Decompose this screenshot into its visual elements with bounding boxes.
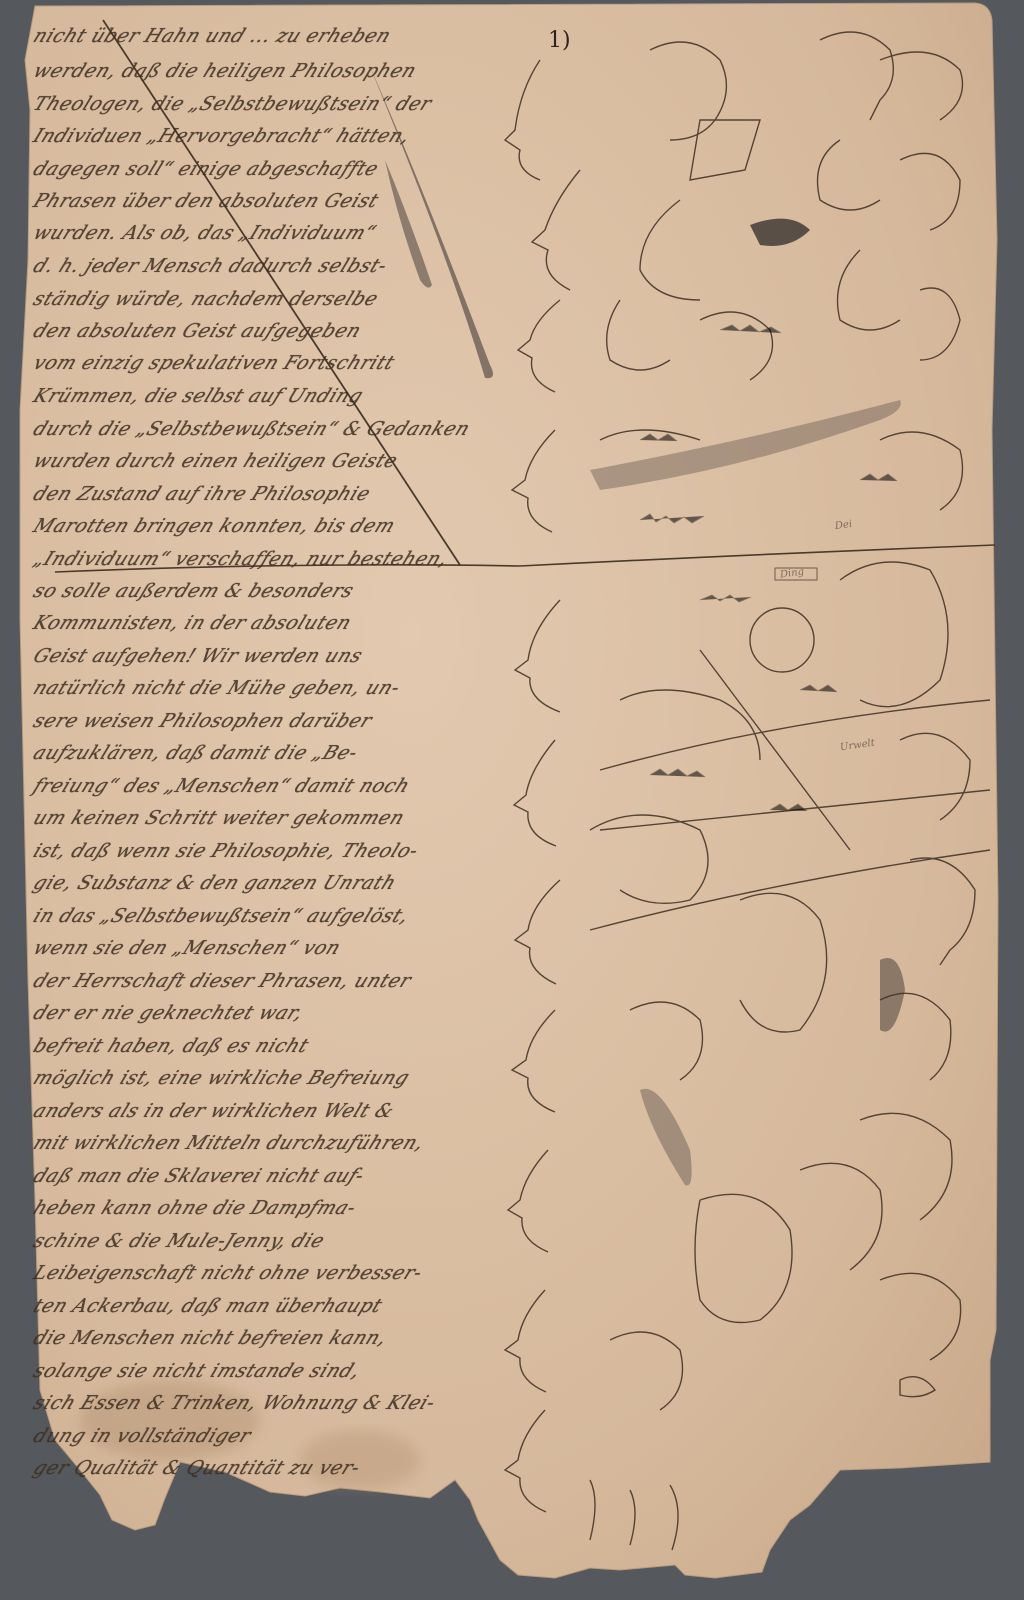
sketch-note: Dei <box>834 519 853 532</box>
manuscript-line: natürlich nicht die Mühe geben, un- <box>30 677 404 699</box>
manuscript-line: dagegen soll“ einige abgeschaffte <box>30 158 382 180</box>
manuscript-line: Leibeigenschaft nicht ohne verbesser- <box>30 1262 426 1284</box>
manuscript-line: vom einzig spekulativen Fortschritt <box>30 352 398 374</box>
manuscript-line: Krümmen, die selbst auf Unding <box>30 385 367 407</box>
manuscript-line: „Individuum“ verschaffen, nur bestehen, <box>30 548 451 570</box>
manuscript-line: in das „Selbstbewußtsein“ aufgelöst, <box>30 905 412 927</box>
manuscript-line: wurden durch einen heiligen Geiste <box>30 450 401 472</box>
manuscript-line: freiung“ des „Menschen“ damit noch <box>30 775 413 797</box>
manuscript-line: befreit haben, daß es nicht <box>30 1035 312 1057</box>
manuscript-line: Geist aufgehen! Wir werden uns <box>30 645 366 667</box>
manuscript-line: Marotten bringen konnten, bis dem <box>30 515 399 537</box>
manuscript-line: heben kann ohne die Dampfma- <box>30 1197 360 1219</box>
manuscript-line: den absoluten Geist aufgegeben <box>30 320 365 342</box>
manuscript-line: anders als in der wirklichen Welt & <box>30 1100 398 1122</box>
manuscript-line: ständig würde, nachdem derselbe <box>30 288 382 310</box>
manuscript-line: durch die „Selbstbewußtsein“ & Gedanken <box>30 418 473 440</box>
manuscript-line: ist, daß wenn sie Philosophie, Theolo- <box>30 840 422 862</box>
manuscript-line: Phrasen über den absoluten Geist <box>30 190 382 212</box>
manuscript-line: der er nie geknechtet war, <box>30 1002 307 1024</box>
manuscript-line: um keinen Schritt weiter gekommen <box>30 807 408 829</box>
manuscript-line: Kommunisten, in der absoluten <box>30 612 355 634</box>
manuscript-line: der Herrschaft dieser Phrasen, unter <box>30 970 415 992</box>
manuscript-line: Individuen „Hervorgebracht“ hätten, <box>30 125 414 147</box>
manuscript-line: ten Ackerbau, daß man überhaupt <box>30 1295 386 1317</box>
manuscript-line: d. h. jeder Mensch dadurch selbst- <box>30 255 391 277</box>
page-marker: 1) <box>548 28 571 53</box>
manuscript-line: mit wirklichen Mitteln durchzuführen, <box>30 1132 428 1154</box>
manuscript-page: 1) nicht über Hahn und ... zu erhebenwer… <box>0 0 1024 1600</box>
manuscript-line: gie, Substanz & den ganzen Unrath <box>30 872 400 894</box>
manuscript-line: Theologen, die „Selbstbewußtsein“ der <box>30 93 435 115</box>
manuscript-line: sich Essen & Trinken, Wohnung & Klei- <box>30 1392 439 1414</box>
manuscript-line: dung in vollständiger <box>30 1425 255 1447</box>
manuscript-line: werden, daß die heiligen Philosophen <box>30 60 420 82</box>
manuscript-line: wurden. Als ob, das „Individuum“ <box>30 222 380 244</box>
manuscript-line: aufzuklären, daß damit die „Be- <box>30 742 361 764</box>
manuscript-line: die Menschen nicht befreien kann, <box>30 1327 391 1349</box>
manuscript-line: wenn sie den „Menschen“ von <box>30 937 344 959</box>
manuscript-line: schine & die Mule-Jenny, die <box>30 1230 328 1252</box>
manuscript-line: nicht über Hahn und ... zu erheben <box>30 25 395 47</box>
manuscript-line: solange sie nicht imstande sind, <box>30 1360 364 1382</box>
manuscript-line: möglich ist, eine wirkliche Befreiung <box>30 1067 413 1089</box>
manuscript-line: sere weisen Philosophen darüber <box>30 710 376 732</box>
manuscript-line: ger Qualität & Quantität zu ver- <box>30 1457 364 1479</box>
manuscript-line: daß man die Sklaverei nicht auf- <box>30 1165 368 1187</box>
manuscript-line: so solle außerdem & besonders <box>30 580 357 602</box>
manuscript-line: den Zustand auf ihre Philosophie <box>30 483 374 505</box>
